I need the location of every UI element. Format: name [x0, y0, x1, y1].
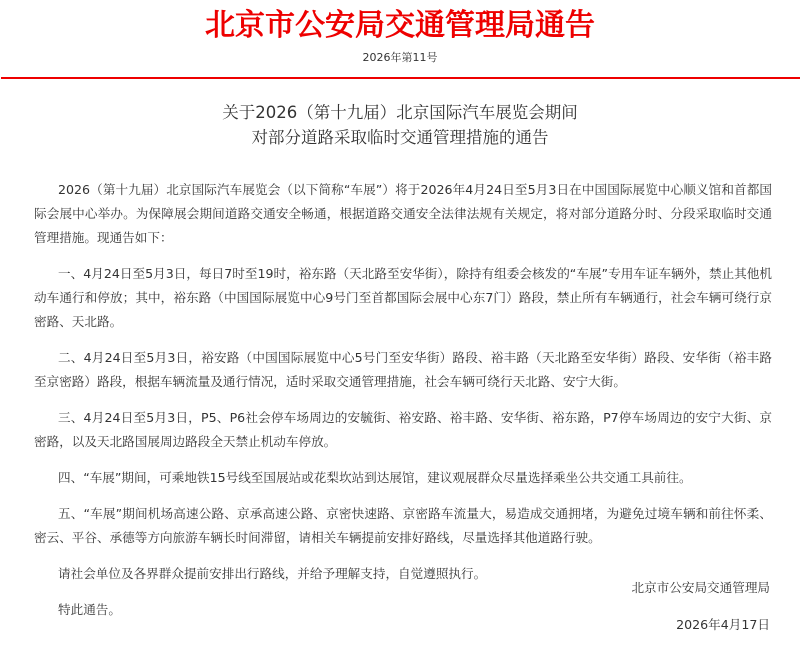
measure-paragraph-3: 三、4月24日至5月3日，P5、P6社会停车场周边的安毓街、裕安路、裕丰路、安华…: [34, 406, 772, 454]
notice-title-line-1: 关于2026（第十九届）北京国际汽车展览会期间: [0, 100, 800, 125]
measure-paragraph-4: 四、“车展”期间，可乘地铁15号线至国展站或花梨坎站到达展馆，建议观展群众尽量选…: [34, 466, 772, 490]
signature-block: 北京市公安局交通管理局 2026年4月17日: [631, 578, 770, 635]
notice-body: 2026（第十九届）北京国际汽车展览会（以下简称“车展”）将于2026年4月24…: [34, 178, 772, 634]
signing-organization: 北京市公安局交通管理局: [631, 578, 770, 598]
masthead-title: 北京市公安局交通管理局通告: [0, 6, 800, 46]
signing-date: 2026年4月17日: [631, 615, 770, 635]
red-divider-rule: [1, 77, 800, 79]
issue-number: 2026年第11号: [0, 51, 800, 65]
intro-paragraph: 2026（第十九届）北京国际汽车展览会（以下简称“车展”）将于2026年4月24…: [34, 178, 772, 250]
measure-paragraph-1: 一、4月24日至5月3日，每日7时至19时，裕东路（天北路至安华街），除持有组委…: [34, 262, 772, 334]
notice-title: 关于2026（第十九届）北京国际汽车展览会期间 对部分道路采取临时交通管理措施的…: [0, 100, 800, 150]
measure-paragraph-5: 五、“车展”期间机场高速公路、京承高速公路、京密快速路、京密路车流量大，易造成交…: [34, 502, 772, 550]
masthead: 北京市公安局交通管理局通告 2026年第11号: [0, 0, 800, 80]
notice-title-line-2: 对部分道路采取临时交通管理措施的通告: [0, 125, 800, 150]
measure-paragraph-2: 二、4月24日至5月3日，裕安路（中国国际展览中心5号门至安华街）路段、裕丰路（…: [34, 346, 772, 394]
